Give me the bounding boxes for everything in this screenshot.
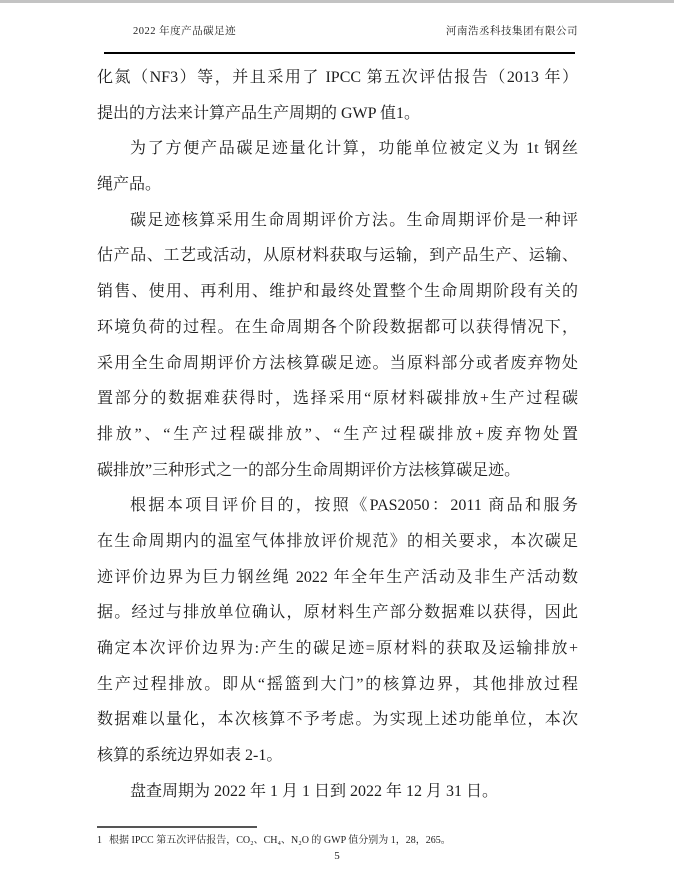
footnote-separator — [97, 826, 257, 828]
body-text-line: 核算的系统边界如表 2-1。 — [97, 738, 578, 774]
document-body: 化氮（NF3）等，并且采用了 IPCC 第五次评估报告（2013 年）提出的方法… — [97, 60, 578, 809]
body-text-line: 采用全生命周期评价方法核算碳足迹。当原料部分或者废弃物处 — [97, 346, 578, 382]
document-page: 2022 年度产品碳足迹 河南浩丞科技集团有限公司 化氮（NF3）等，并且采用了… — [0, 0, 674, 872]
header-company-name: 河南浩丞科技集团有限公司 — [446, 22, 578, 42]
body-text-line: 为了方便产品碳足迹量化计算，功能单位被定义为 1t 钢丝 — [97, 131, 578, 167]
body-text-line: 据。经过与排放单位确认，原材料生产部分数据难以获得，因此 — [97, 595, 578, 631]
body-text-line: 确定本次评价边界为:产生的碳足迹=原材料的获取及运输排放+ — [97, 631, 578, 667]
body-text-line: 置部分的数据难获得时，选择采用“原材料碳排放+生产过程碳 — [97, 381, 578, 417]
window-top-edge — [0, 0, 674, 3]
body-text-line: 绳产品。 — [97, 167, 578, 203]
footnote-marker: 1 — [97, 835, 102, 846]
body-text-line: 数据难以量化，本次核算不予考虑。为实现上述功能单位，本次 — [97, 702, 578, 738]
page-header: 2022 年度产品碳足迹 河南浩丞科技集团有限公司 — [97, 22, 578, 42]
footnote-text: 根据 IPCC 第五次评估报告，CO₂、CH₄、N₂O 的 GWP 值分别为 1… — [109, 835, 451, 846]
body-text-line: 碳足迹核算采用生命周期评价方法。生命周期评价是一种评 — [97, 203, 578, 239]
body-text-line: 化氮（NF3）等，并且采用了 IPCC 第五次评估报告（2013 年） — [97, 60, 578, 96]
body-text-line: 估产品、工艺或活动，从原材料获取与运输，到产品生产、运输、 — [97, 238, 578, 274]
header-rule — [104, 52, 575, 54]
body-text-line: 根据本项目评价目的，按照《PAS2050：2011 商品和服务 — [97, 488, 578, 524]
header-document-title: 2022 年度产品碳足迹 — [133, 22, 236, 42]
body-text-line: 盘查周期为 2022 年 1 月 1 日到 2022 年 12 月 31 日。 — [97, 774, 578, 810]
body-text-line: 提出的方法来计算产品生产周期的 GWP 值1。 — [97, 96, 578, 132]
footnote: 1根据 IPCC 第五次评估报告，CO₂、CH₄、N₂O 的 GWP 值分别为 … — [97, 834, 617, 848]
body-text-line: 迹评价边界为巨力钢丝绳 2022 年全年生产活动及非生产活动数 — [97, 560, 578, 596]
body-text-line: 碳排放”三种形式之一的部分生命周期评价方法核算碳足迹。 — [97, 453, 578, 489]
body-text-line: 在生命周期内的温室气体排放评价规范》的相关要求，本次碳足 — [97, 524, 578, 560]
body-text-line: 环境负荷的过程。在生命周期各个阶段数据都可以获得情况下， — [97, 310, 578, 346]
body-text-line: 销售、使用、再利用、维护和最终处置整个生命周期阶段有关的 — [97, 274, 578, 310]
page-number: 5 — [0, 849, 674, 863]
body-text-line: 排放”、“生产过程碳排放”、“生产过程碳排放+废弃物处置 — [97, 417, 578, 453]
body-text-line: 生产过程排放。即从“摇篮到大门”的核算边界，其他排放过程 — [97, 667, 578, 703]
